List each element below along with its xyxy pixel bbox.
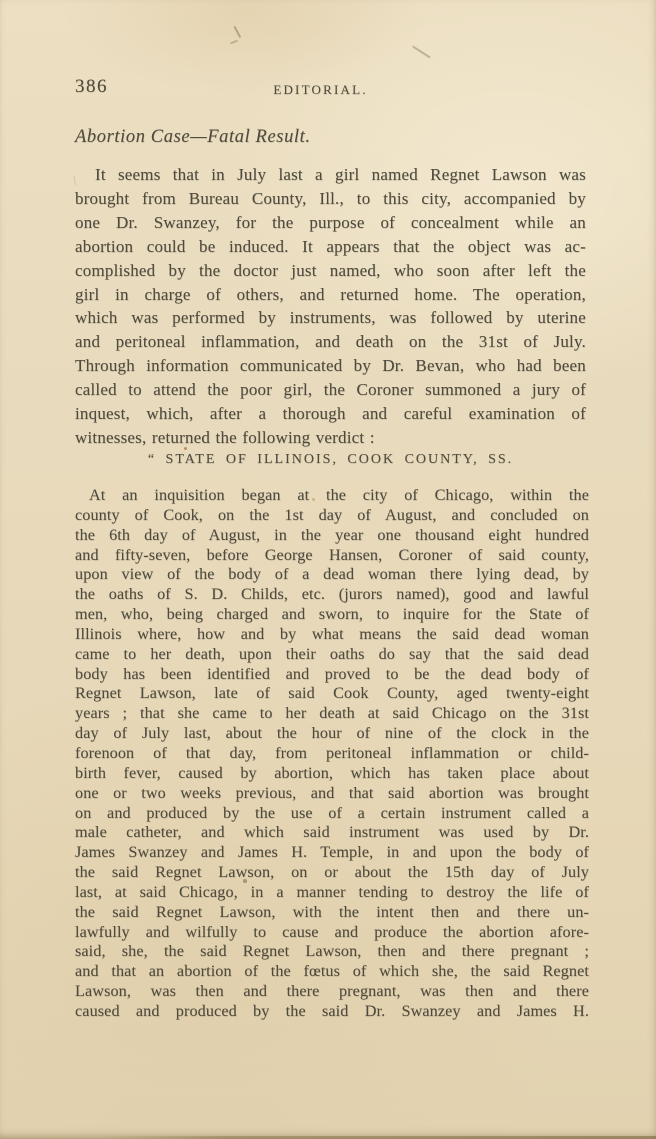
text-line: lawfully and wilfully to cause and produ…	[75, 923, 589, 943]
text-line: At an inquisition began at the city of C…	[75, 486, 589, 506]
text-line: which was performed by instruments, was …	[75, 306, 586, 330]
text-line: complished by the doctor just named, who…	[75, 259, 586, 283]
text-line: It seems that in July last a girl named …	[75, 163, 586, 187]
text-line: body has been identified and proved to b…	[75, 665, 589, 685]
text-line: James Swanzey and James H. Temple, in an…	[75, 843, 589, 863]
verdict-heading: “ STATE OF ILLINOIS, COOK COUNTY, SS.	[75, 452, 586, 468]
text-line: Illinois where, how and by what means th…	[75, 625, 589, 645]
text-line: one Dr. Swanzey, for the purpose of conc…	[75, 211, 586, 235]
running-head: EDITORIAL.	[75, 82, 566, 98]
text-line: came to her death, upon their oaths do s…	[75, 645, 589, 665]
text-line: forenoon of that day, from peritoneal in…	[75, 744, 589, 764]
page-header: 386 EDITORIAL.	[75, 74, 596, 100]
text-line: day of July last, about the hour of nine…	[75, 724, 589, 744]
ink-speck	[184, 447, 187, 450]
text-line: witnesses, returned the following verdic…	[75, 426, 586, 450]
article-title: Abortion Case—Fatal Result.	[75, 127, 311, 148]
text-line: Through information communicated by Dr. …	[75, 354, 586, 378]
text-line: the 6th day of August, in the year one t…	[75, 526, 589, 546]
text-line: years ; that she came to her death at sa…	[75, 704, 589, 724]
text-line: on and produced by the use of a certain …	[75, 804, 589, 824]
text-line: birth fever, caused by abortion, which h…	[75, 764, 589, 784]
text-line: said, she, the said Regnet Lawson, then …	[75, 942, 589, 962]
text-line: the said Regnet Lawson, with the intent …	[75, 903, 589, 923]
text-line: caused and produced by the said Dr. Swan…	[75, 1002, 589, 1022]
book-page: 386 EDITORIAL. Abortion Case—Fatal Resul…	[0, 0, 656, 1139]
text-line: abortion could be induced. It appears th…	[75, 235, 586, 259]
text-line: last, at said Chicago, in a manner tendi…	[75, 883, 589, 903]
text-line: county of Cook, on the 1st day of August…	[75, 506, 589, 526]
text-line: men, who, being charged and sworn, to in…	[75, 605, 589, 625]
ink-speck	[243, 879, 247, 883]
text-line: called to attend the poor girl, the Coro…	[75, 378, 586, 402]
text-line: male catheter, and which said instrument…	[75, 823, 589, 843]
text-line: the oaths of S. D. Childs, etc. (jurors …	[75, 585, 589, 605]
text-line: one or two weeks previous, and that said…	[75, 784, 589, 804]
text-line: the said Regnet Lawson, on or about the …	[75, 863, 589, 883]
text-line: Regnet Lawson, late of said Cook County,…	[75, 684, 589, 704]
paragraph-intro: It seems that in July last a girl named …	[75, 163, 586, 450]
text-line: upon view of the body of a dead woman th…	[75, 565, 589, 585]
text-line: inquest, which, after a thorough and car…	[75, 402, 586, 426]
paper-scratch-mark	[234, 26, 242, 38]
text-line: Lawson, was then and there pregnant, was…	[75, 982, 589, 1002]
text-line: and fifty-seven, before George Hansen, C…	[75, 546, 589, 566]
ink-speck	[312, 498, 315, 501]
paper-scratch-mark	[412, 45, 431, 58]
paragraph-verdict: At an inquisition began at the city of C…	[75, 486, 589, 1022]
text-line: and that an abortion of the fœtus of whi…	[75, 962, 589, 982]
text-line: brought from Bureau County, Ill., to thi…	[75, 187, 586, 211]
text-line: and peritoneal inflammation, and death o…	[75, 330, 586, 354]
paper-scratch-mark	[230, 40, 238, 44]
text-line: girl in charge of others, and returned h…	[75, 283, 586, 307]
